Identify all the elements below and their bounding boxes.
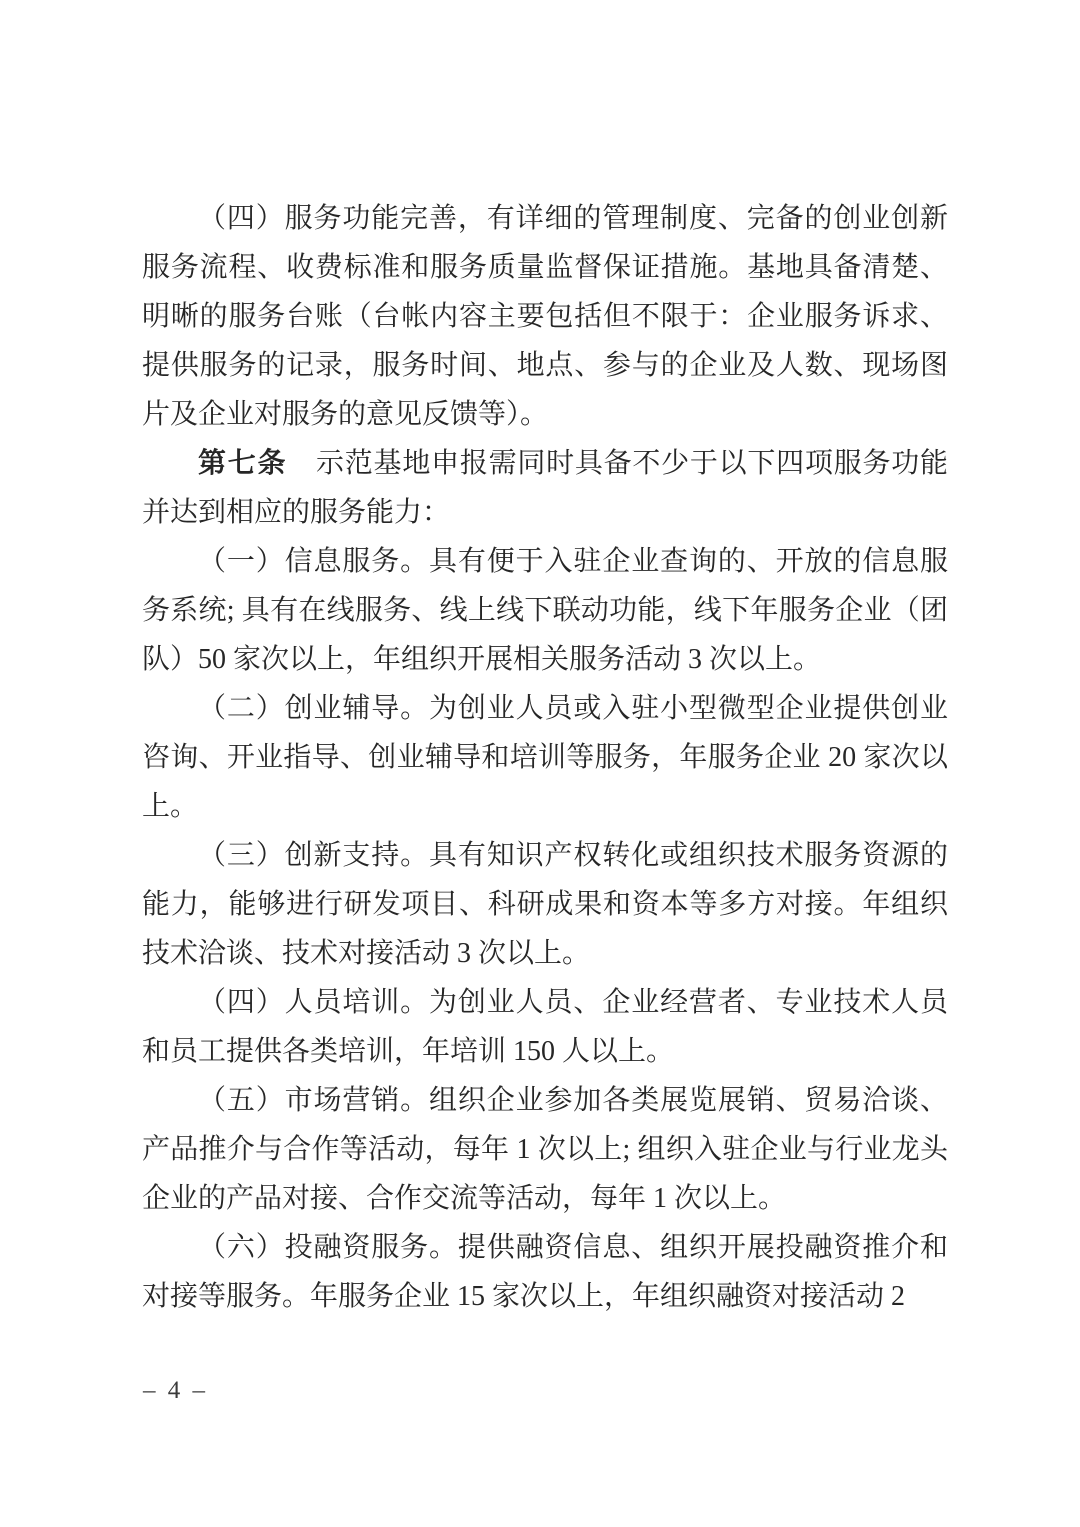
- paragraph-item-6-financing-service: （六）投融资服务。提供融资信息、组织开展投融资推介和对接等服务。年服务企业 15…: [142, 1223, 948, 1321]
- page-number: – 4 –: [143, 1376, 208, 1406]
- paragraph-service-functions: （四）服务功能完善，有详细的管理制度、完备的创业创新服务流程、收费标准和服务质量…: [142, 194, 948, 439]
- paragraph-item-5-marketing: （五）市场营销。组织企业参加各类展览展销、贸易洽谈、产品推介与合作等活动，每年 …: [142, 1076, 948, 1223]
- paragraph-item-1-information-service: （一）信息服务。具有便于入驻企业查询的、开放的信息服务系统; 具有在线服务、线上…: [142, 537, 948, 684]
- paragraph-item-4-personnel-training: （四）人员培训。为创业人员、企业经营者、专业技术人员和员工提供各类培训，年培训 …: [142, 978, 948, 1076]
- document-body: （四）服务功能完善，有详细的管理制度、完备的创业创新服务流程、收费标准和服务质量…: [142, 194, 948, 1321]
- paragraph-item-2-startup-coaching: （二）创业辅导。为创业人员或入驻小型微型企业提供创业咨询、开业指导、创业辅导和培…: [142, 684, 948, 831]
- article-7-number: 第七条: [198, 448, 287, 479]
- paragraph-item-3-innovation-support: （三）创新支持。具有知识产权转化或组织技术服务资源的能力，能够进行研发项目、科研…: [142, 831, 948, 978]
- document-page: （四）服务功能完善，有详细的管理制度、完备的创业创新服务流程、收费标准和服务质量…: [0, 0, 1080, 1527]
- paragraph-article-7: 第七条 示范基地申报需同时具备不少于以下四项服务功能并达到相应的服务能力：: [142, 439, 948, 537]
